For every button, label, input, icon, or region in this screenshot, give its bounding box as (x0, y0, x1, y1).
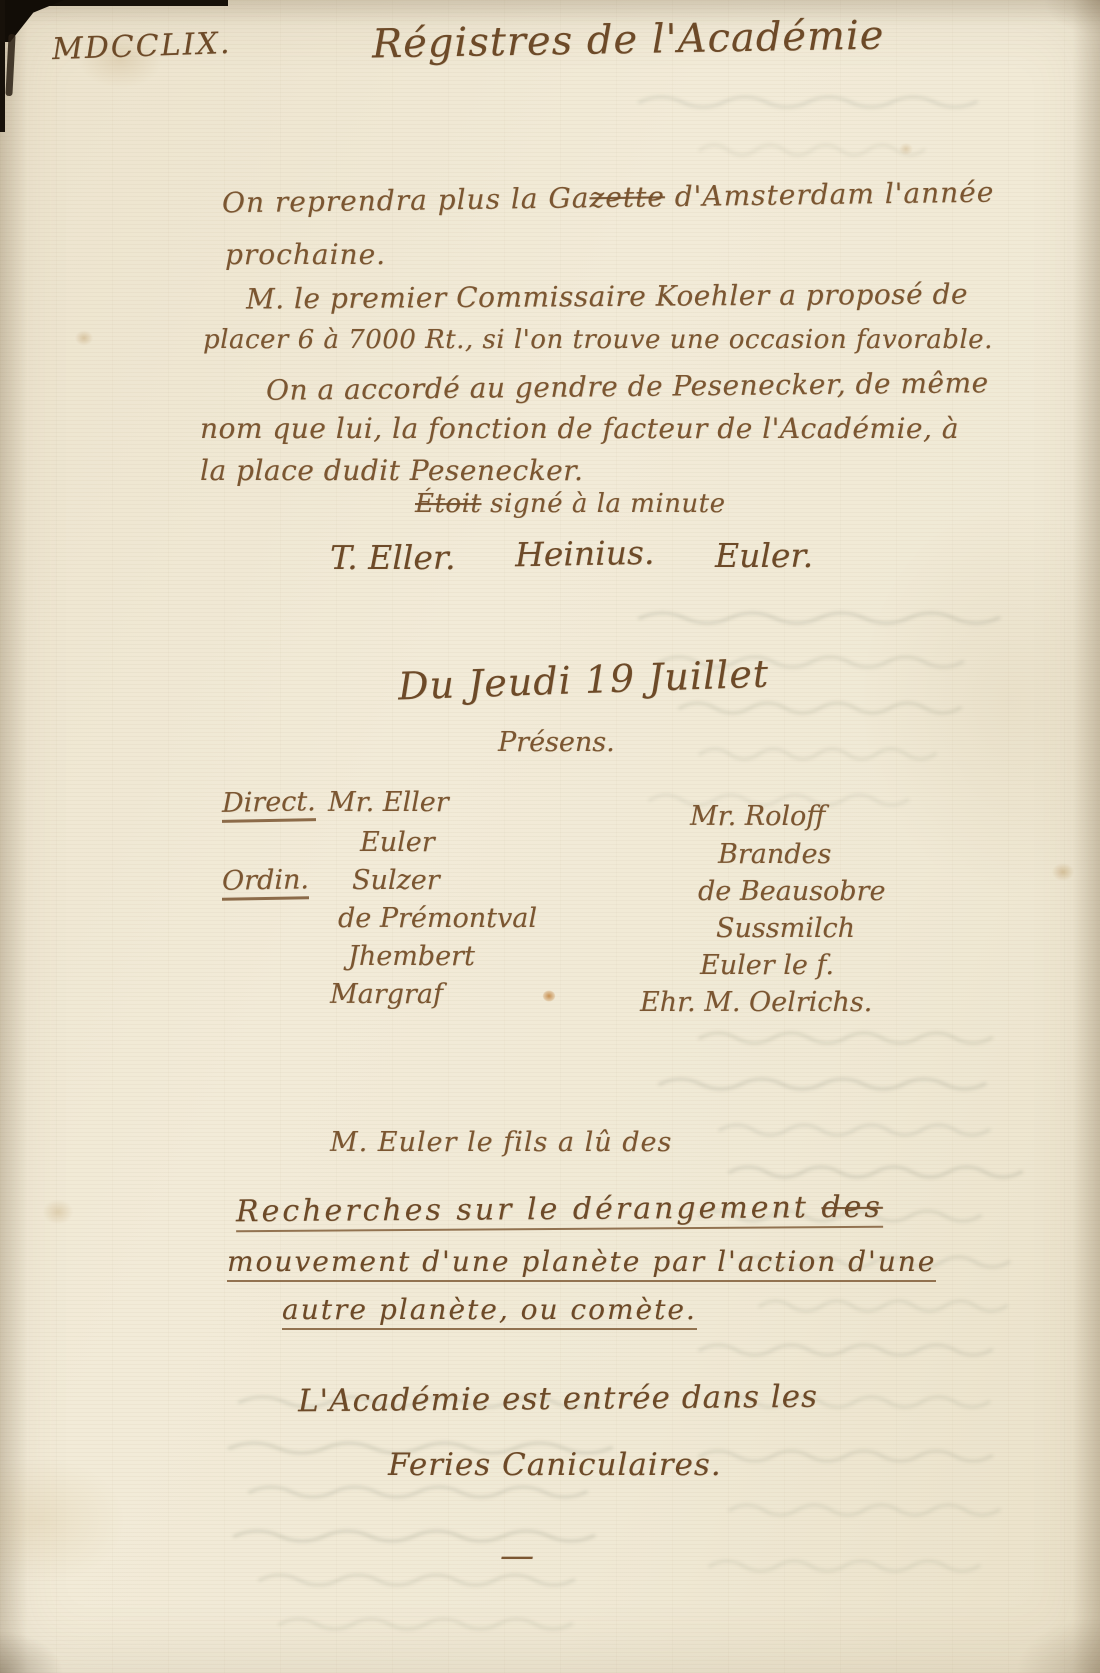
attendee-jhembert: Jhembert (348, 942, 475, 972)
entry-koehler-line1: M. le premier Commissaire Koehler a prop… (246, 279, 968, 315)
reading-title-line1: Recherches sur le dérangement des (236, 1191, 883, 1233)
marginal-year: MDCCLIX. (51, 27, 231, 66)
gazette-line1-c: d'Amsterdam l'année (665, 176, 995, 214)
entry-koehler-line2: placer 6 à 7000 Rt., si l'on trouve une … (203, 326, 993, 355)
gazette-struck-word: zette (589, 180, 665, 214)
attendee-margraf: Margraf (330, 980, 443, 1010)
session-date-heading: Du Jeudi 19 Juillet (397, 654, 769, 709)
attendee-premontval: de Prémontval (338, 904, 537, 934)
title-l1-a: Recherches sur le dérangement (236, 1190, 822, 1229)
closing-line2: Feries Caniculaires. (388, 1448, 722, 1482)
title-l1-struck: des (821, 1190, 883, 1225)
attendee-euler-fils: Euler le f. (700, 951, 834, 981)
bleedthrough-texture (0, 0, 1100, 1673)
attendee-sussmilch: Sussmilch (716, 914, 855, 944)
attendee-eller: Mr. Eller (328, 788, 449, 818)
signature-heinius: Heinius. (515, 535, 655, 574)
gazette-line1-a: On reprendra plus la Ga (222, 181, 590, 219)
attendee-beausobre: de Beausobre (698, 877, 885, 907)
direct-label-text: Direct. (222, 787, 316, 822)
attendee-brandes: Brandes (718, 840, 831, 870)
signature-note-struck: Étoit (415, 489, 481, 519)
reading-title-line2: mouvement d'une planète par l'action d'u… (227, 1247, 936, 1282)
scan-edge-left (0, 0, 5, 132)
end-dash: — (500, 1538, 536, 1575)
reading-title-line1-underlined: Recherches sur le dérangement des (236, 1191, 883, 1233)
signature-eller: T. Eller. (330, 540, 456, 576)
attendee-sulzer: Sulzer (352, 866, 440, 896)
scan-edge-streak (5, 34, 15, 96)
entry-pesenecker-line1: On a accordé au gendre de Pesenecker, de… (266, 368, 989, 406)
closing-line1: L'Académie est entrée dans les (298, 1380, 818, 1419)
scan-edge-top (0, 0, 228, 6)
reading-title-line3: autre planète, ou comète. (282, 1295, 697, 1330)
attendee-euler: Euler (360, 828, 435, 858)
entry-gazette-line2: prochaine. (225, 240, 386, 271)
page-title: Régistres de l'Académie (372, 14, 885, 67)
reading-title-line3-underlined: autre planète, ou comète. (282, 1295, 697, 1330)
ordin-label: Ordin. (222, 866, 309, 900)
ordin-label-text: Ordin. (222, 865, 309, 900)
attendee-roloff: Mr. Roloff (690, 802, 825, 832)
entry-gazette-line1: On reprendra plus la Gazette d'Amsterdam… (222, 178, 995, 220)
presens-label: Présens. (498, 728, 615, 758)
reading-title-line2-underlined: mouvement d'une planète par l'action d'u… (227, 1247, 936, 1282)
attendee-oelrichs: Ehr. M. Oelrichs. (640, 988, 872, 1018)
signature-note: Étoit signé à la minute (415, 490, 725, 519)
direct-label: Direct. (222, 788, 316, 822)
signature-euler: Euler. (715, 538, 813, 574)
reading-intro: M. Euler le fils a lû des (330, 1128, 672, 1158)
manuscript-page: MDCCLIX. Régistres de l'Académie On repr… (0, 0, 1100, 1673)
entry-pesenecker-line3: la place dudit Pesenecker. (200, 456, 583, 487)
signature-note-rest: signé à la minute (481, 489, 725, 519)
entry-pesenecker-line2: nom que lui, la fonction de facteur de l… (200, 414, 959, 445)
